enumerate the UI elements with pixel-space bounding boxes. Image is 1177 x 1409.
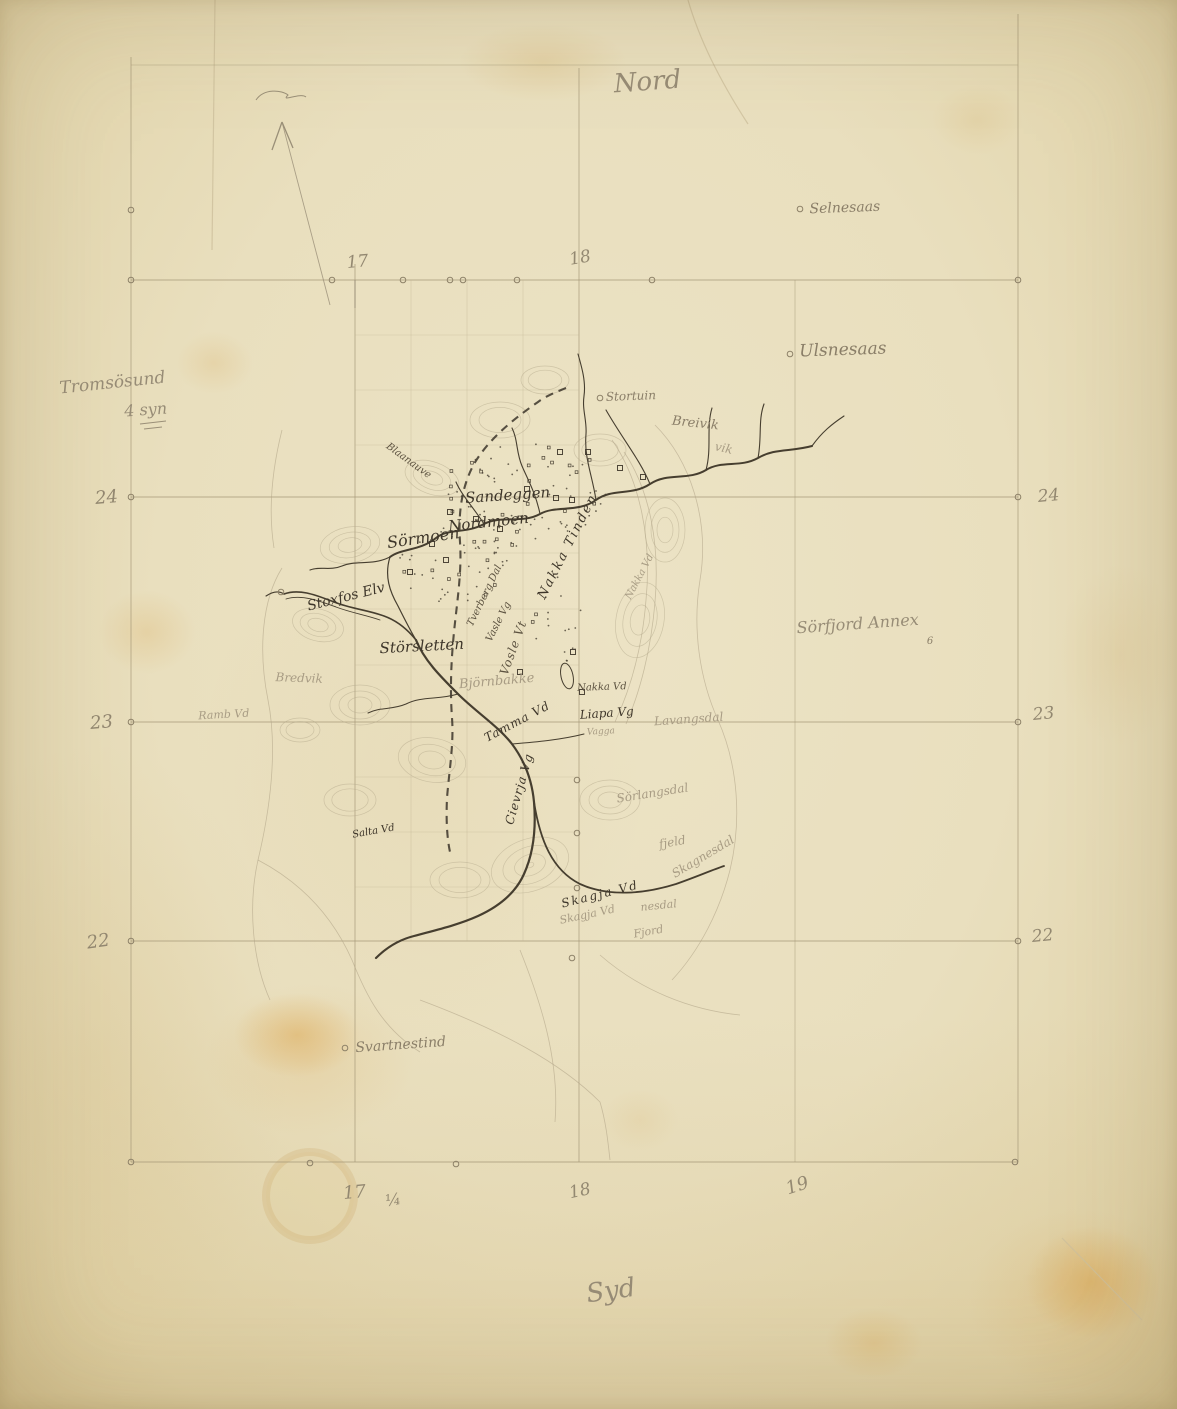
grid-number-18-1: 18: [568, 246, 593, 269]
note-underline: [140, 421, 166, 429]
place-labels: NordSydTromsösund4 synSelnesaasUlsnesaas…: [59, 65, 934, 1310]
map-label-bj-rnbakke: Björnbakke: [457, 671, 535, 693]
map-label-s-rmoen: Sörmoen: [386, 523, 461, 552]
grid-number-23-3: 23: [88, 711, 114, 734]
grid-number--9: ¼: [384, 1189, 403, 1210]
map-label-liapa-vg: Liapa Vg: [578, 704, 634, 722]
map-label-s-rfjord-annex: Sörfjord Annex: [796, 610, 919, 637]
survey-marker: [569, 955, 575, 961]
survey-marker: [597, 395, 603, 401]
map-label-lavangsdal: Lavangsdal: [653, 710, 724, 729]
map-label-vik: vik: [714, 439, 734, 456]
map-label-s-rlangsdal: Sörlangsdal: [616, 780, 690, 805]
map-sheet: 171824232224232217¼1819 NordSydTromsösun…: [0, 0, 1177, 1409]
map-label-nord: Nord: [612, 65, 682, 100]
ring-stain: [266, 1152, 354, 1240]
map-label-fjeld: fjeld: [657, 833, 687, 852]
map-label-troms-sund: Tromsösund: [59, 368, 167, 399]
grid-number-22-4: 22: [84, 930, 111, 954]
boundary-dashed-line: [447, 388, 566, 852]
map-label-ulsnesaas: Ulsnesaas: [799, 338, 887, 361]
map-label-stortuin: Stortuin: [606, 388, 657, 404]
survey-markers: [128, 206, 1021, 1167]
contour-rings: [280, 366, 685, 903]
settlement-dots: [399, 443, 606, 661]
map-label-syd: Syd: [584, 1273, 637, 1310]
map-label-tamma-vd: Tamma Vd: [482, 698, 552, 744]
north-arrow: [256, 91, 330, 305]
map-label-6: 6: [927, 636, 934, 647]
survey-marker: [342, 1045, 348, 1051]
map-label-bredvik: Bredvik: [274, 670, 323, 686]
grid-lines: [131, 14, 1018, 1162]
map-label-breivik: Breivik: [670, 413, 719, 433]
grid-number-22-7: 22: [1030, 925, 1054, 947]
map-label-cievrja-vg: Cievrja Vg: [502, 752, 536, 827]
grid-number-17-0: 17: [346, 251, 369, 273]
grid-numbers: 171824232224232217¼1819: [84, 246, 1060, 1210]
map-label-selnesaas: Selnesaas: [809, 199, 880, 217]
survey-marker: [787, 351, 793, 357]
map-label-nakka-vd: Nakka Vd: [576, 681, 627, 694]
map-label-nesdal: nesdal: [640, 897, 678, 914]
grid-number-17-8: 17: [342, 1181, 367, 1204]
grid-number-19-11: 19: [783, 1172, 811, 1199]
map-label-nakka-vd: Nakka Vd: [623, 552, 656, 602]
survey-marker: [797, 206, 803, 212]
map-label-salta-vd: Salta Vd: [352, 822, 396, 840]
grid-number-23-6: 23: [1031, 703, 1055, 725]
map-label-svartnestind: Svartnestind: [355, 1034, 447, 1056]
map-canvas: 171824232224232217¼1819 NordSydTromsösun…: [0, 0, 1177, 1409]
map-label-blaanauve: Blaanauve: [383, 440, 433, 481]
grid-number-24-2: 24: [93, 486, 119, 509]
map-label-ramb-vd: Ramb Vd: [197, 707, 250, 723]
grid-number-24-5: 24: [1036, 485, 1060, 507]
map-label-fjord: Fjord: [632, 923, 665, 941]
grid-number-18-10: 18: [567, 1179, 592, 1203]
map-label-4-syn: 4 syn: [123, 399, 168, 421]
paper-creases: [212, 0, 1142, 1320]
map-label-vagga: Vagga: [587, 726, 615, 737]
